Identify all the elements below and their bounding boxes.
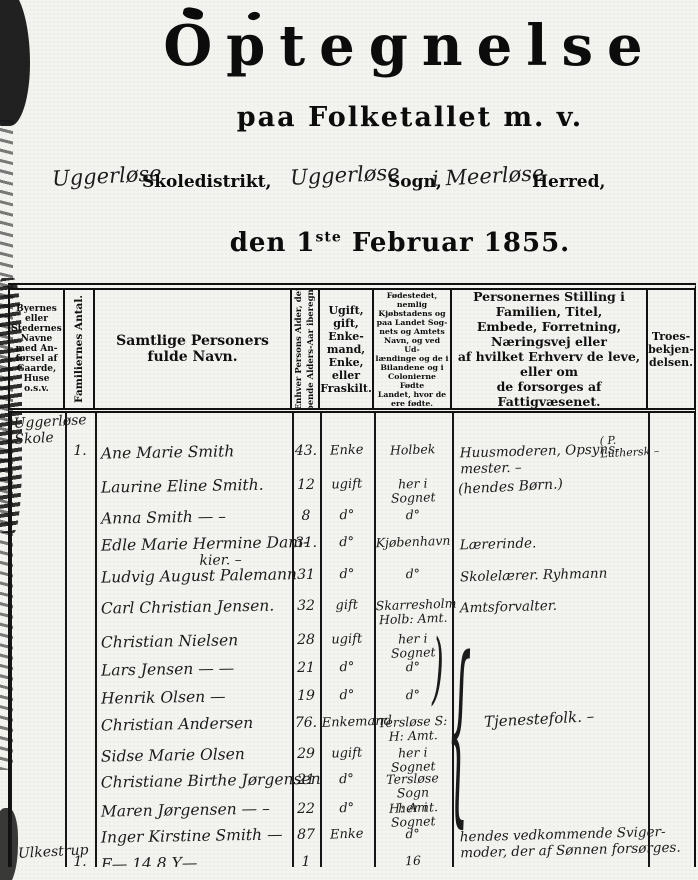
cell-relig <box>648 854 694 867</box>
column-header-text: Troes- <box>652 330 690 343</box>
cell-fam <box>65 715 95 744</box>
handwritten-note: ( P.Luthersk – <box>599 431 659 460</box>
cell-place <box>10 598 65 627</box>
handwritten-text-line: ugift <box>322 631 372 648</box>
column-header-text: Enke, <box>329 356 364 369</box>
cell-name: Christian Andersen <box>95 713 292 745</box>
cell-status: Enke <box>319 442 374 476</box>
cell-age: 76. <box>292 715 320 744</box>
column-header-text: Personernes Stilling i Familien, Titel, <box>453 290 645 319</box>
cell-relig <box>648 660 694 678</box>
cell-place <box>10 660 65 678</box>
cell-status: ugift <box>320 631 375 662</box>
table-row: Anna Smith — –8d°d° <box>10 508 694 526</box>
handwritten-text-line: d° <box>322 800 372 817</box>
cell-place <box>10 746 65 775</box>
handwritten-text-line: ugift <box>322 745 372 762</box>
cell-relig <box>648 508 694 526</box>
handwritten-text-line: 1 <box>294 854 318 867</box>
cell-fam <box>65 688 95 706</box>
column-header-5: Ugift, gift,Enke-mand,Enke,ellerFraskilt… <box>320 290 374 408</box>
cell-birth: 16 <box>374 853 453 867</box>
handwritten-text-line: 28 <box>294 632 318 648</box>
cell-fam <box>65 660 95 678</box>
column-header-1: ByernesellerStedernesNavnemed An-førsel … <box>10 290 65 408</box>
cell-relig <box>648 688 694 706</box>
cell-name: Anna Smith — – <box>95 506 292 527</box>
handwritten-text-line: 87 <box>294 827 318 843</box>
scan-smudge-top-left <box>0 0 30 126</box>
cell-age: 21 <box>292 660 320 678</box>
column-header-text: delsen. <box>649 356 693 369</box>
column-header-4: Enhver Persons Alder, detløbende Alders-… <box>292 290 320 408</box>
cell-status: d° <box>320 659 375 679</box>
column-header-text: Enke- <box>328 330 364 343</box>
column-header-text: Navn, og ved Ud- <box>375 336 449 354</box>
cell-place <box>10 715 65 744</box>
column-header-text: lændinge og de i <box>376 354 449 363</box>
cell-name: Carl Christian Jensen. <box>95 596 292 628</box>
label-herred: Herred, <box>532 172 605 192</box>
handwritten-text-line: Lars Jensen — — <box>101 658 290 679</box>
table-row: Christian Nielsen28ugifther i Sognet <box>10 632 694 661</box>
cell-fam <box>65 535 95 569</box>
handwritten-text-line: 12 <box>294 477 318 493</box>
column-header-8: Troes-bekjen-delsen. <box>648 290 694 408</box>
column-header-text: paa Landet Sog- <box>377 318 448 327</box>
cell-name: Ludvig August Palemann <box>95 565 292 586</box>
cell-birth: Kjøbenhavn <box>373 534 452 571</box>
handwritten-text-line: d° <box>322 659 372 676</box>
handwritten-text-line: Edle Marie Hermine Dam- <box>101 533 290 554</box>
cell-relig <box>648 477 694 506</box>
handwritten-text-line: Sidse Marie Olsen <box>101 744 290 765</box>
cell-status: d° <box>320 507 375 527</box>
handwritten-text-line: Laurine Eline Smith. <box>101 475 290 496</box>
handwritten-text-line: 8 <box>294 508 318 524</box>
handwritten-text-line: Christiane Birthe Jørgensen <box>101 770 290 791</box>
cell-occ <box>452 505 648 528</box>
cell-fam <box>65 801 95 830</box>
handwritten-text-line: 22 <box>294 801 318 817</box>
handwritten-text-line: d° <box>322 687 372 704</box>
cell-occ <box>452 657 648 680</box>
column-header-text: Byernes <box>16 304 57 314</box>
column-header-text: Landet, hvor de <box>378 390 446 399</box>
cell-place <box>10 508 65 526</box>
handwritten-text-line: d° <box>321 534 371 551</box>
cell-status: d° <box>320 687 375 707</box>
cell-age: 22 <box>292 801 320 830</box>
column-header-text: førsel af <box>16 354 58 364</box>
cell-status: Enkemand <box>320 714 375 745</box>
column-header-text: Kjøbstadens og <box>378 309 445 318</box>
column-header-text: Gaarde, <box>17 364 56 374</box>
cell-fam <box>65 598 95 627</box>
handwritten-text-line: d° <box>375 826 449 843</box>
handwritten-place-name: UggerløseSkole <box>13 413 88 448</box>
column-header-text: eller <box>332 369 360 382</box>
handwritten-text-line: d° <box>376 507 450 524</box>
table-body: 1.Ane Marie Smith43.EnkeHolbekHuusmodere… <box>8 413 696 867</box>
handwritten-text-line: 43. <box>294 443 318 459</box>
cell-occ <box>452 685 648 708</box>
cell-birth: Holbek <box>373 442 452 477</box>
column-header-text: Fraskilt. <box>320 382 372 395</box>
cell-age: 1 <box>292 854 320 867</box>
cell-status: gift <box>320 597 375 628</box>
table-row: Henrik Olsen —19d°d° <box>10 688 694 706</box>
census-date: den 1ste Februar 1855. <box>150 228 650 258</box>
handwritten-text-line: d° <box>321 771 371 788</box>
cell-occ <box>452 851 648 867</box>
grouping-brace: { <box>447 634 471 831</box>
cell-name: F— 14 8 Y— <box>95 852 292 867</box>
table-row: Ludvig August Palemann31d°d°Skolelærer. … <box>10 567 694 585</box>
table-row: Lars Jensen — —21d°d° <box>10 660 694 678</box>
handwritten-text-line: Henrik Olsen — <box>101 686 290 707</box>
column-header-text: ere fødte. <box>391 399 433 408</box>
column-header-6: Fødestedet, nemligKjøbstadens ogpaa Land… <box>374 290 452 408</box>
page-title: Optegnelse <box>150 16 670 78</box>
cell-age: 12 <box>292 477 320 506</box>
cell-birth: d° <box>374 507 453 528</box>
cell-place <box>10 477 65 506</box>
cell-occ: Skolelærer. Ryhmann <box>452 564 648 587</box>
scanned-census-page: { "page": { "title": "Optegnelse", "subt… <box>0 0 698 880</box>
label-skoledistrikt: Skoledistrikt, <box>142 172 271 192</box>
handwritten-text-line: 76. <box>294 715 318 731</box>
cell-birth: Tersløse S:H: Amt. <box>374 714 453 745</box>
cell-fam <box>65 746 95 775</box>
handwritten-text-line: 32 <box>294 598 318 614</box>
column-header-text: eller <box>25 314 48 324</box>
cell-place <box>10 688 65 706</box>
column-header-text: Navne <box>21 334 53 344</box>
column-header-text: Colonierne Fødte <box>375 372 449 390</box>
handwritten-text-line: H: Amt. <box>376 728 450 745</box>
handwritten-text-line: Christian Nielsen <box>101 630 290 651</box>
handwritten-text-line: d° <box>322 507 372 524</box>
handwritten-text-line: Ane Marie Smith <box>101 441 290 462</box>
cell-age: 8 <box>292 508 320 526</box>
table-row: Carl Christian Jensen.32giftSkarresholmH… <box>10 598 694 627</box>
handwritten-county-name: i Meerløse <box>431 161 544 191</box>
cell-status: ugift <box>320 476 375 507</box>
handwritten-text-line: Kjøbenhavn <box>375 534 449 551</box>
handwritten-text-line: d° <box>322 566 372 583</box>
handwritten-text-line: Enke <box>321 442 371 459</box>
column-header-text: Huse o.s.v. <box>11 374 62 394</box>
handwritten-text-line: 31 <box>294 567 318 583</box>
cell-name: Lars Jensen — — <box>95 658 292 679</box>
cell-place <box>10 535 65 569</box>
cell-relig <box>648 715 694 744</box>
column-header-text: Ugift, gift, <box>321 304 371 330</box>
handwritten-text-line: Enkemand <box>322 714 372 731</box>
column-header-text: de forsorges af Fattigvæsenet. <box>453 379 645 408</box>
handwritten-text-line: Skolelærer. Ryhmann <box>460 564 646 585</box>
handwritten-text-line: 21 <box>294 660 318 676</box>
cell-fam <box>65 508 95 526</box>
cell-relig <box>648 535 694 569</box>
cell-age: 19 <box>292 688 320 706</box>
handwritten-text-line: Anna Smith — – <box>101 506 290 527</box>
column-header-7: Personernes Stilling i Familien, Titel,E… <box>452 290 648 408</box>
handwritten-text-line: Inger Kirstine Smith — <box>101 825 290 846</box>
cell-fam: 1. <box>65 443 95 475</box>
cell-status: d° <box>320 566 375 586</box>
column-header-text: af hvilket Erhverv de leve, eller om <box>453 349 645 379</box>
column-header-2: Familiernes Antal. <box>65 290 95 408</box>
column-header-text: Stedernes <box>11 324 61 334</box>
cell-status: d° <box>319 534 374 570</box>
cell-name: Henrik Olsen — <box>95 686 292 707</box>
handwritten-text-line: her i Sognet <box>376 476 451 507</box>
cell-place <box>10 567 65 585</box>
cell-fam <box>65 632 95 661</box>
column-header-text: bekjen- <box>648 343 694 356</box>
cell-relig <box>648 598 694 627</box>
handwritten-text-line: gift <box>322 597 372 614</box>
column-header-text: Embede, Forretning, Næringsvej eller <box>453 319 645 349</box>
table-row: Laurine Eline Smith.12ugifther i Sognet <box>10 477 694 506</box>
column-header-text: løbende Alders-Aar iberegnet. <box>306 290 316 408</box>
cell-name: Laurine Eline Smith. <box>95 475 292 507</box>
handwritten-text-line: Lærerinde. <box>460 532 646 553</box>
column-header-text: mand, <box>327 343 365 356</box>
handwritten-text-line: 19 <box>294 688 318 704</box>
cell-place <box>10 443 65 475</box>
column-header-text: Familiernes Antal. <box>73 295 85 403</box>
table-header-row: ByernesellerStedernesNavnemed An-førsel … <box>8 283 696 413</box>
handwritten-text-line: Christian Andersen <box>101 713 290 734</box>
cell-birth: her i Sognet <box>374 476 453 507</box>
handwritten-text-line: 1. <box>67 443 93 459</box>
handwritten-text-line: 29 <box>294 746 318 762</box>
handwritten-text-line: d° <box>376 566 450 583</box>
cell-relig <box>648 567 694 585</box>
column-header-text: med An- <box>16 344 58 354</box>
table-row: Edle Marie Hermine Dam-kier. –31.d°Kjøbe… <box>10 535 694 569</box>
cell-occ: Amtsforvalter. <box>452 595 649 629</box>
cell-place <box>10 632 65 661</box>
cell-age: 43. <box>292 443 320 475</box>
column-header-text: Fødestedet, nemlig <box>375 291 449 309</box>
handwritten-text-line: Carl Christian Jensen. <box>101 596 290 617</box>
column-header-text: Samtlige Personers fulde Navn. <box>96 333 289 365</box>
table-row: 1.F— 14 8 Y—116 <box>10 854 694 867</box>
cell-relig <box>648 746 694 775</box>
table-row: 1.Ane Marie Smith43.EnkeHolbekHuusmodere… <box>10 443 694 475</box>
cell-fam <box>65 477 95 506</box>
handwritten-text-line: Ludvig August Palemann <box>101 565 290 586</box>
column-header-3: Samtlige Personers fulde Navn. <box>95 290 292 408</box>
cell-age: 28 <box>292 632 320 661</box>
cell-birth: d° <box>374 566 453 587</box>
cell-relig <box>648 632 694 661</box>
cell-name: Christian Nielsen <box>95 630 292 662</box>
page-subtitle: paa Folketallet m. v. <box>150 102 670 133</box>
cell-status <box>320 853 375 867</box>
cell-fam <box>65 567 95 585</box>
handwritten-text-line: 16 <box>376 853 450 867</box>
column-header-text: nets og Amtets <box>379 327 445 336</box>
handwritten-text-line: Holbek <box>375 442 449 459</box>
cell-name: Ane Marie Smith <box>95 441 293 477</box>
cell-place <box>10 801 65 830</box>
column-header-text: Bilandene og i <box>380 363 443 372</box>
column-header-text: Enhver Persons Alder, det <box>294 290 304 408</box>
handwritten-text-line: ugift <box>322 476 372 493</box>
handwritten-text-line: Tersløse Sogn <box>375 771 450 802</box>
handwritten-text-line: Maren Jørgensen — – <box>101 799 290 820</box>
handwritten-text-line: Enke <box>321 826 371 843</box>
grouping-brace: ) <box>432 632 444 710</box>
handwritten-text-line: Amtsforvalter. <box>460 595 646 616</box>
census-table: ByernesellerStedernesNavnemed An-førsel … <box>8 283 696 867</box>
handwritten-text-line: F— 14 8 Y— <box>101 852 290 867</box>
cell-age: 32 <box>292 598 320 627</box>
handwritten-parish-name: Uggerløse <box>289 160 400 190</box>
